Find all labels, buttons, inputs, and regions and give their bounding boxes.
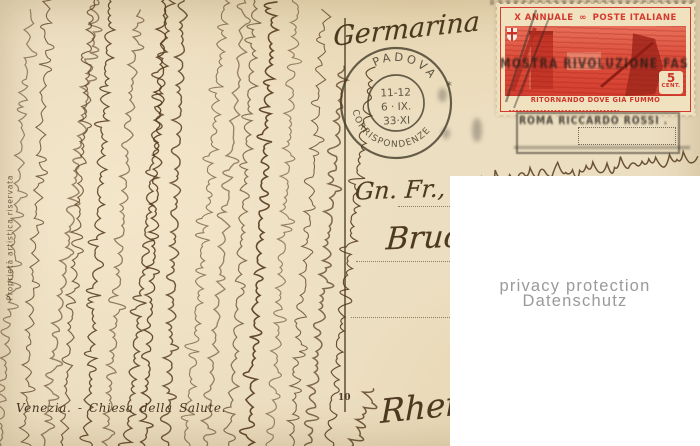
postcard-caption: Venezia. - Chiesa della Salute.	[16, 401, 226, 415]
handwriting-stroke	[176, 0, 232, 446]
handwriting-stroke	[238, 1, 281, 446]
stamp-ornament-icon: ∞	[579, 13, 587, 23]
handwriting-stroke	[37, 0, 107, 446]
stamp-issuer-label: POSTE ITALIANE	[593, 13, 677, 23]
ink-smudge	[472, 118, 482, 142]
handwriting-stroke	[220, 0, 264, 446]
privacy-text-de: Datenschutz	[450, 294, 700, 309]
handwriting-stroke	[98, 9, 148, 446]
handwriting-stroke	[16, 0, 58, 446]
stamp-denomination: 5 CENT.	[659, 71, 683, 94]
stamp-header: X ANNUALE ∞ POSTE ITALIANE	[510, 11, 682, 25]
publisher-note: Proprietà artistica riservata	[6, 163, 17, 313]
cancel-ink-smear	[514, 146, 690, 149]
plate-number: 10	[338, 393, 351, 403]
stamp-imprint-microtext	[509, 110, 619, 112]
postmark-star-icon: *	[446, 79, 452, 93]
cancel-slogan-text: MOSTRA RIVOLUZIONE FAS	[500, 57, 661, 72]
postmark-time: 11-12	[380, 86, 411, 99]
handwritten-address-line-3: Rhei	[380, 384, 456, 431]
postmark-year: 33·XI	[383, 115, 410, 128]
privacy-overlay: privacy protection Datenschutz	[450, 176, 700, 446]
address-dotted-line	[398, 206, 452, 207]
cancel-text-line2: ROMA RICCARDO ROSSI .	[519, 114, 668, 127]
postmark-date: 6 · IX.	[381, 100, 412, 113]
handwritten-address-line-1: Gn. Fr.,	[354, 174, 447, 205]
handwriting-stroke	[159, 0, 192, 446]
stamp-shield-icon	[507, 28, 517, 41]
handwriting-stroke	[76, 0, 119, 446]
handwriting-stroke	[55, 0, 101, 446]
cancel-dotted-rectangle	[578, 127, 676, 145]
stamp-value-unit: CENT.	[659, 84, 683, 90]
stamp-motto: RITORNANDO DOVE GIÀ FUMMO	[510, 96, 682, 108]
postmark: PADOVA CORRISPONDENZE 11-12 6 · IX. 33·X…	[326, 33, 466, 173]
address-dotted-line	[356, 261, 452, 262]
handwriting-stroke	[137, 0, 173, 446]
stamp-series-label: X ANNUALE	[514, 13, 573, 23]
handwriting-stroke	[117, 0, 176, 446]
address-dotted-line	[351, 317, 452, 318]
postcard-back: Venezia. - Chiesa della Salute. Propriet…	[0, 0, 700, 446]
handwriting-stroke	[265, 0, 308, 446]
handwriting-stroke	[196, 0, 256, 446]
